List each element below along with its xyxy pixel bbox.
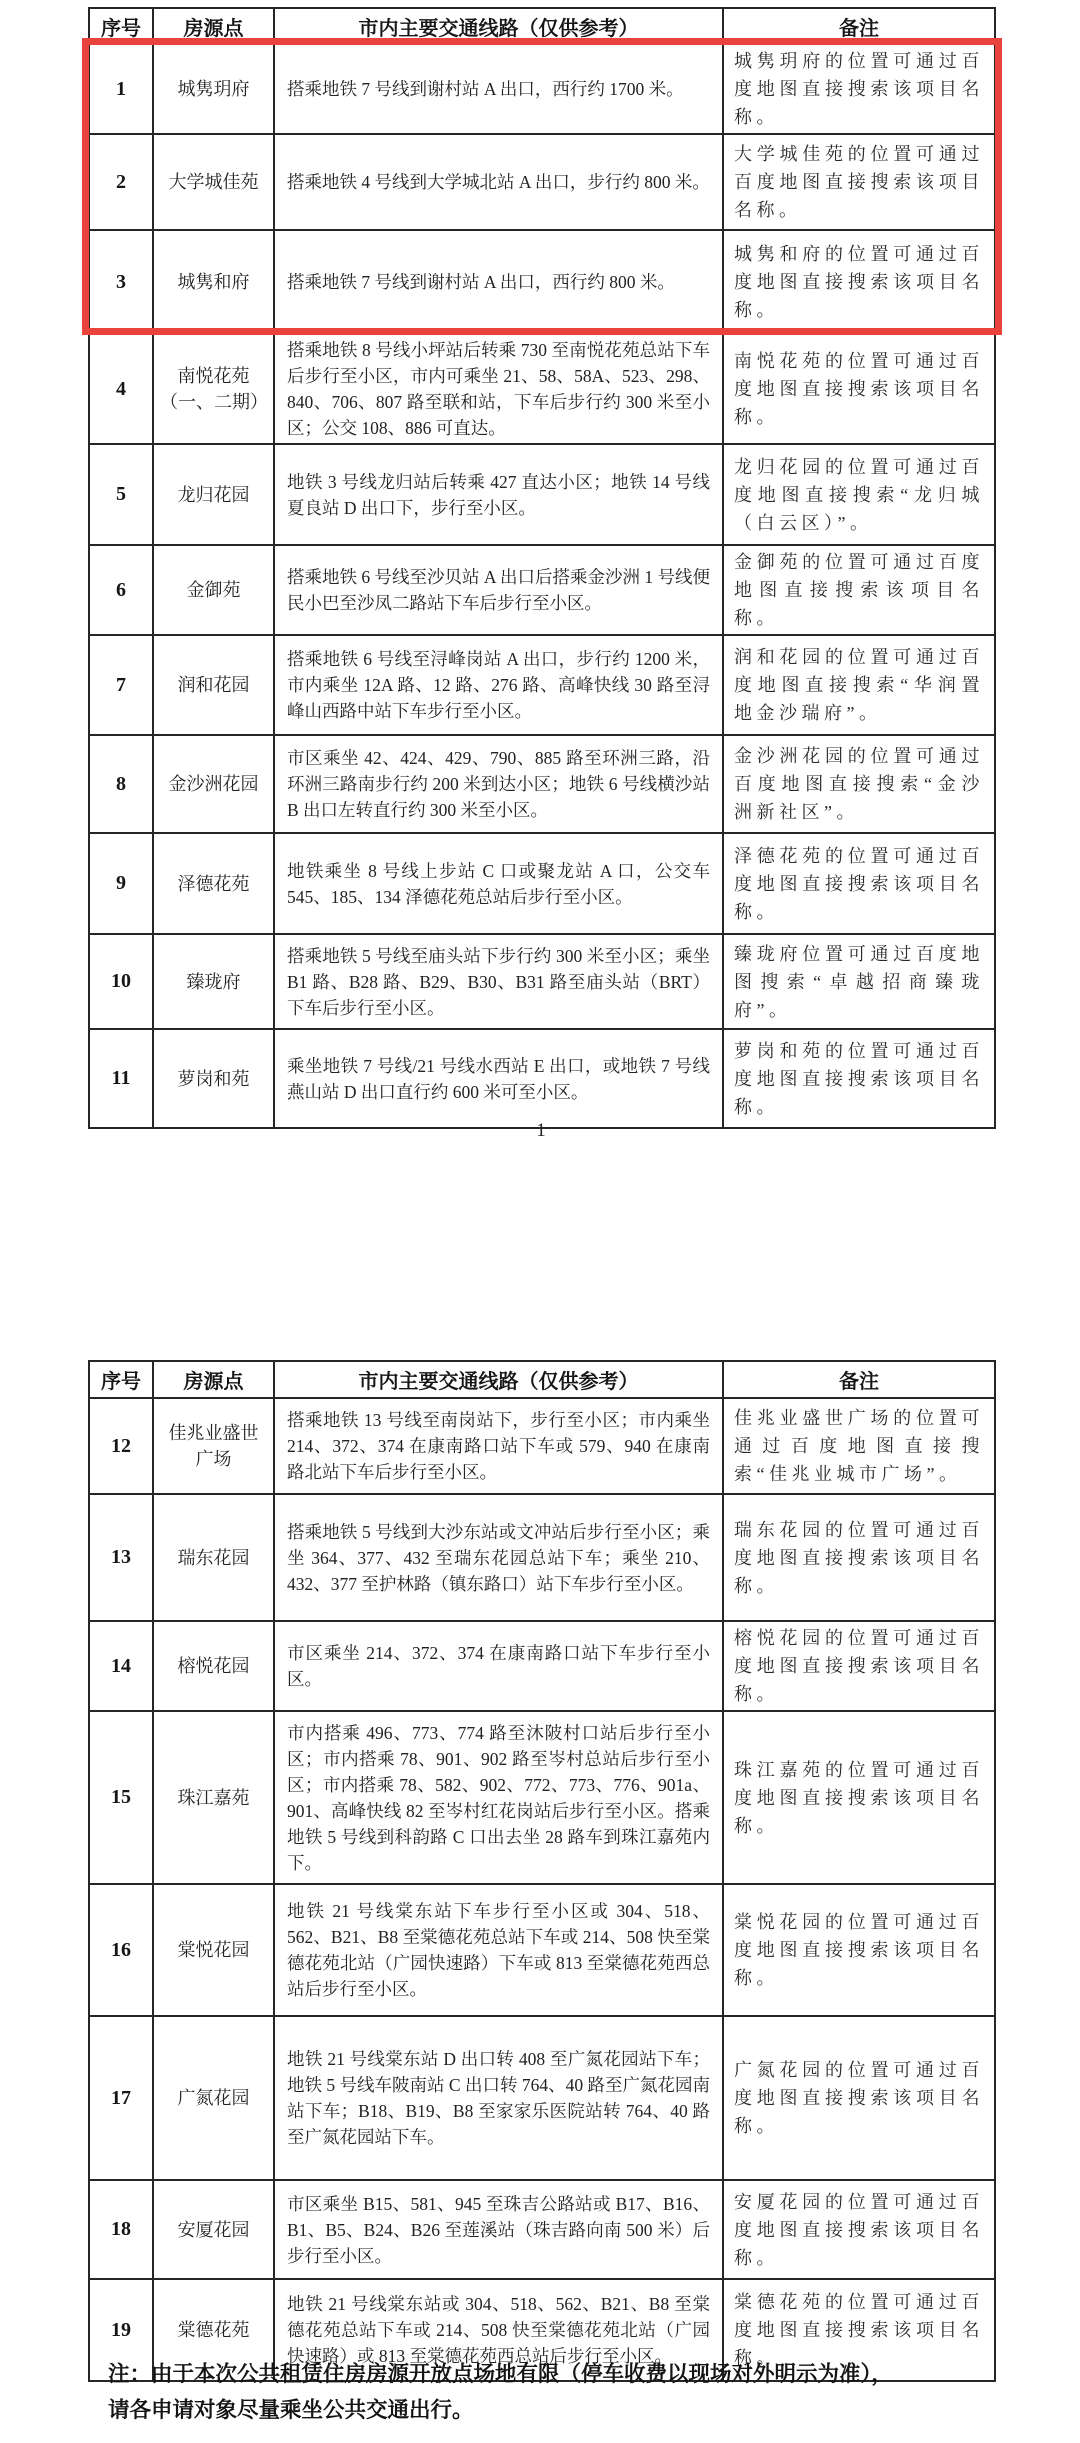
transit-route-cell: 市内搭乘 496、773、774 路至沐陂村口站后步行至小区；市内搭乘 78、9… xyxy=(274,1711,723,1884)
column-header-1: 房源点 xyxy=(153,8,274,44)
column-header-0: 序号 xyxy=(89,1361,153,1398)
housing-name-cell: 瑞东花园 xyxy=(153,1494,274,1621)
table-row: 15珠江嘉苑市内搭乘 496、773、774 路至沐陂村口站后步行至小区；市内搭… xyxy=(89,1711,995,1884)
remark-cell: 珠江嘉苑的位置可通过百度地图直接搜索该项目名称。 xyxy=(723,1711,995,1884)
row-number-cell: 13 xyxy=(89,1494,153,1621)
table-row: 2大学城佳苑搭乘地铁 4 号线到大学城北站 A 出口，步行约 800 米。大学城… xyxy=(89,134,995,230)
row-number-cell: 6 xyxy=(89,545,153,635)
table-row: 17广氮花园地铁 21 号线棠东站 D 出口转 408 至广氮花园站下车；地铁 … xyxy=(89,2016,995,2180)
remark-cell: 榕悦花园的位置可通过百度地图直接搜索该项目名称。 xyxy=(723,1621,995,1711)
housing-name-cell: 珠江嘉苑 xyxy=(153,1711,274,1884)
table-row: 10臻珑府搭乘地铁 5 号线至庙头站下步行约 300 米至小区；乘坐 B1 路、… xyxy=(89,934,995,1029)
remark-cell: 萝岗和苑的位置可通过百度地图直接搜索该项目名称。 xyxy=(723,1029,995,1128)
transit-route-cell: 搭乘地铁 8 号线小坪站后转乘 730 至南悦花苑总站下车后步行至小区，市内可乘… xyxy=(274,334,723,444)
column-header-2: 市内主要交通线路（仅供参考） xyxy=(274,8,723,44)
transit-route-cell: 搭乘地铁 6 号线至沙贝站 A 出口后搭乘金沙洲 1 号线便民小巴至沙凤二路站下… xyxy=(274,545,723,635)
housing-name-cell: 榕悦花园 xyxy=(153,1621,274,1711)
column-header-0: 序号 xyxy=(89,8,153,44)
row-number-cell: 15 xyxy=(89,1711,153,1884)
table-row: 14榕悦花园市区乘坐 214、372、374 在康南路口站下车步行至小区。榕悦花… xyxy=(89,1621,995,1711)
housing-name-cell: 金御苑 xyxy=(153,545,274,635)
housing-name-cell: 棠悦花园 xyxy=(153,1884,274,2016)
column-header-3: 备注 xyxy=(723,1361,995,1398)
housing-name-cell: 龙归花园 xyxy=(153,444,274,545)
column-header-1: 房源点 xyxy=(153,1361,274,1398)
transit-route-cell: 地铁 21 号线棠东站下车步行至小区或 304、518、562、B21、B8 至… xyxy=(274,1884,723,2016)
row-number-cell: 10 xyxy=(89,934,153,1029)
remark-cell: 泽德花苑的位置可通过百度地图直接搜索该项目名称。 xyxy=(723,833,995,934)
footer-note-line-2: 请各申请对象尽量乘坐公共交通出行。 xyxy=(108,2392,1018,2428)
transit-route-cell: 搭乘地铁 7 号线到谢村站 A 出口，西行约 1700 米。 xyxy=(274,44,723,134)
housing-name-cell: 佳兆业盛世广场 xyxy=(153,1398,274,1494)
housing-name-cell: 安厦花园 xyxy=(153,2180,274,2279)
row-number-cell: 7 xyxy=(89,635,153,735)
row-number-cell: 9 xyxy=(89,833,153,934)
remark-cell: 大学城佳苑的位置可通过百度地图直接搜索该项目名称。 xyxy=(723,134,995,230)
transit-route-cell: 市区乘坐 42、424、429、790、885 路至环洲三路，沿环洲三路南步行约… xyxy=(274,735,723,833)
table-row: 8金沙洲花园市区乘坐 42、424、429、790、885 路至环洲三路，沿环洲… xyxy=(89,735,995,833)
table-row: 18安厦花园市区乘坐 B15、581、945 至珠吉公路站或 B17、B16、B… xyxy=(89,2180,995,2279)
header-row: 序号房源点市内主要交通线路（仅供参考）备注 xyxy=(89,1361,995,1398)
table-header: 序号房源点市内主要交通线路（仅供参考）备注 xyxy=(89,1361,995,1398)
remark-cell: 龙归花园的位置可通过百度地图直接搜索“龙归城（白云区）”。 xyxy=(723,444,995,545)
table-row: 1城隽玥府搭乘地铁 7 号线到谢村站 A 出口，西行约 1700 米。城隽玥府的… xyxy=(89,44,995,134)
table-row: 11萝岗和苑乘坐地铁 7 号线/21 号线水西站 E 出口，或地铁 7 号线燕山… xyxy=(89,1029,995,1128)
table-row: 5龙归花园地铁 3 号线龙归站后转乘 427 直达小区；地铁 14 号线夏良站 … xyxy=(89,444,995,545)
housing-transport-table-page-2: 序号房源点市内主要交通线路（仅供参考）备注 12佳兆业盛世广场搭乘地铁 13 号… xyxy=(88,1360,996,2382)
row-number-cell: 3 xyxy=(89,230,153,334)
remark-cell: 金御苑的位置可通过百度地图直接搜索该项目名称。 xyxy=(723,545,995,635)
remark-cell: 安厦花园的位置可通过百度地图直接搜索该项目名称。 xyxy=(723,2180,995,2279)
table-row: 16棠悦花园地铁 21 号线棠东站下车步行至小区或 304、518、562、B2… xyxy=(89,1884,995,2016)
table-header: 序号房源点市内主要交通线路（仅供参考）备注 xyxy=(89,8,995,44)
housing-transport-table-page-1: 序号房源点市内主要交通线路（仅供参考）备注 1城隽玥府搭乘地铁 7 号线到谢村站… xyxy=(88,7,996,1129)
housing-name-cell: 南悦花苑（一、二期） xyxy=(153,334,274,444)
transit-route-cell: 地铁乘坐 8 号线上步站 C 口或聚龙站 A 口，公交车 545、185、134… xyxy=(274,833,723,934)
footer-note-line-1: 注：由于本次公共租赁住房房源开放点场地有限（停车收费以现场对外明示为准）， xyxy=(108,2356,1018,2392)
table-row: 9泽德花苑地铁乘坐 8 号线上步站 C 口或聚龙站 A 口，公交车 545、18… xyxy=(89,833,995,934)
transit-route-cell: 搭乘地铁 5 号线到大沙东站或文冲站后步行至小区；乘坐 364、377、432 … xyxy=(274,1494,723,1621)
table-row: 13瑞东花园搭乘地铁 5 号线到大沙东站或文冲站后步行至小区；乘坐 364、37… xyxy=(89,1494,995,1621)
transit-route-cell: 地铁 21 号线棠东站 D 出口转 408 至广氮花园站下车；地铁 5 号线车陂… xyxy=(274,2016,723,2180)
page-number: 1 xyxy=(88,1120,994,1142)
row-number-cell: 1 xyxy=(89,44,153,134)
column-header-3: 备注 xyxy=(723,8,995,44)
table-row: 12佳兆业盛世广场搭乘地铁 13 号线至南岗站下，步行至小区；市内乘坐 214、… xyxy=(89,1398,995,1494)
housing-name-cell: 臻珑府 xyxy=(153,934,274,1029)
row-number-cell: 16 xyxy=(89,1884,153,2016)
table-row: 4南悦花苑（一、二期）搭乘地铁 8 号线小坪站后转乘 730 至南悦花苑总站下车… xyxy=(89,334,995,444)
remark-cell: 佳兆业盛世广场的位置可通过百度地图直接搜索“佳兆业城市广场”。 xyxy=(723,1398,995,1494)
row-number-cell: 2 xyxy=(89,134,153,230)
housing-name-cell: 润和花园 xyxy=(153,635,274,735)
row-number-cell: 14 xyxy=(89,1621,153,1711)
remark-cell: 城隽和府的位置可通过百度地图直接搜索该项目名称。 xyxy=(723,230,995,334)
row-number-cell: 4 xyxy=(89,334,153,444)
housing-name-cell: 泽德花苑 xyxy=(153,833,274,934)
housing-name-cell: 萝岗和苑 xyxy=(153,1029,274,1128)
row-number-cell: 8 xyxy=(89,735,153,833)
housing-name-cell: 广氮花园 xyxy=(153,2016,274,2180)
remark-cell: 城隽玥府的位置可通过百度地图直接搜索该项目名称。 xyxy=(723,44,995,134)
housing-name-cell: 金沙洲花园 xyxy=(153,735,274,833)
housing-name-cell: 大学城佳苑 xyxy=(153,134,274,230)
transit-route-cell: 搭乘地铁 5 号线至庙头站下步行约 300 米至小区；乘坐 B1 路、B28 路… xyxy=(274,934,723,1029)
housing-name-cell: 城隽和府 xyxy=(153,230,274,334)
column-header-2: 市内主要交通线路（仅供参考） xyxy=(274,1361,723,1398)
header-row: 序号房源点市内主要交通线路（仅供参考）备注 xyxy=(89,8,995,44)
housing-name-cell: 城隽玥府 xyxy=(153,44,274,134)
row-number-cell: 18 xyxy=(89,2180,153,2279)
transit-route-cell: 搭乘地铁 13 号线至南岗站下，步行至小区；市内乘坐 214、372、374 在… xyxy=(274,1398,723,1494)
transit-route-cell: 搭乘地铁 7 号线到谢村站 A 出口，西行约 800 米。 xyxy=(274,230,723,334)
transit-route-cell: 乘坐地铁 7 号线/21 号线水西站 E 出口，或地铁 7 号线燕山站 D 出口… xyxy=(274,1029,723,1128)
remark-cell: 润和花园的位置可通过百度地图直接搜索“华润置地金沙瑞府”。 xyxy=(723,635,995,735)
remark-cell: 棠悦花园的位置可通过百度地图直接搜索该项目名称。 xyxy=(723,1884,995,2016)
remark-cell: 瑞东花园的位置可通过百度地图直接搜索该项目名称。 xyxy=(723,1494,995,1621)
transit-route-cell: 地铁 3 号线龙归站后转乘 427 直达小区；地铁 14 号线夏良站 D 出口下… xyxy=(274,444,723,545)
remark-cell: 南悦花苑的位置可通过百度地图直接搜索该项目名称。 xyxy=(723,334,995,444)
transit-route-cell: 市区乘坐 B15、581、945 至珠吉公路站或 B17、B16、B1、B5、B… xyxy=(274,2180,723,2279)
transit-route-cell: 搭乘地铁 6 号线至浔峰岗站 A 出口，步行约 1200 米，市内乘坐 12A … xyxy=(274,635,723,735)
transit-route-cell: 搭乘地铁 4 号线到大学城北站 A 出口，步行约 800 米。 xyxy=(274,134,723,230)
table-row: 3城隽和府搭乘地铁 7 号线到谢村站 A 出口，西行约 800 米。城隽和府的位… xyxy=(89,230,995,334)
row-number-cell: 11 xyxy=(89,1029,153,1128)
row-number-cell: 12 xyxy=(89,1398,153,1494)
remark-cell: 金沙洲花园的位置可通过百度地图直接搜索“金沙洲新社区”。 xyxy=(723,735,995,833)
row-number-cell: 17 xyxy=(89,2016,153,2180)
remark-cell: 广氮花园的位置可通过百度地图直接搜索该项目名称。 xyxy=(723,2016,995,2180)
row-number-cell: 5 xyxy=(89,444,153,545)
remark-cell: 臻珑府位置可通过百度地图搜索“卓越招商臻珑府”。 xyxy=(723,934,995,1029)
table-row: 7润和花园搭乘地铁 6 号线至浔峰岗站 A 出口，步行约 1200 米，市内乘坐… xyxy=(89,635,995,735)
table-row: 6金御苑搭乘地铁 6 号线至沙贝站 A 出口后搭乘金沙洲 1 号线便民小巴至沙凤… xyxy=(89,545,995,635)
transit-route-cell: 市区乘坐 214、372、374 在康南路口站下车步行至小区。 xyxy=(274,1621,723,1711)
footer-note: 注：由于本次公共租赁住房房源开放点场地有限（停车收费以现场对外明示为准）， 请各… xyxy=(108,2356,1018,2428)
